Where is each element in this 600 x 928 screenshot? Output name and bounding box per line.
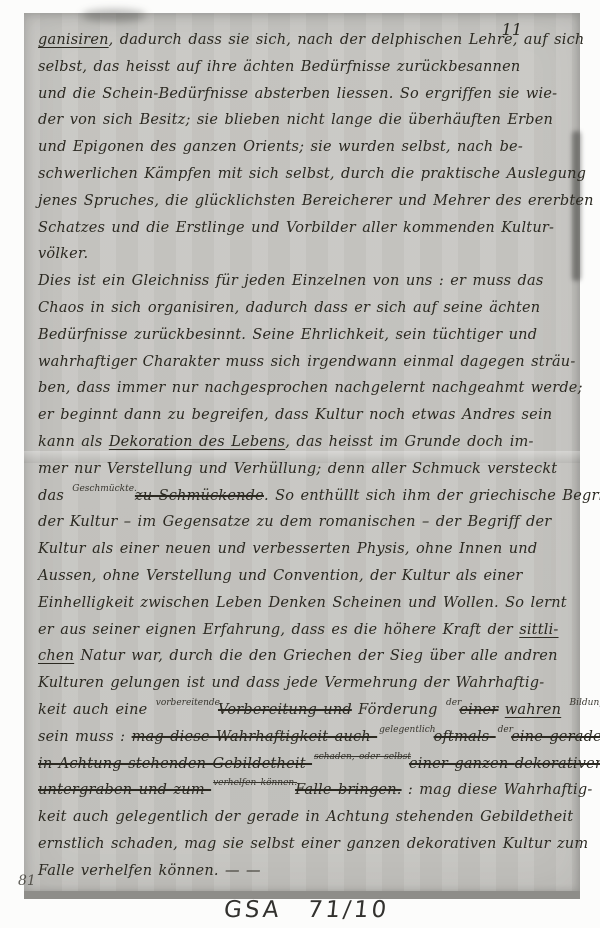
handwritten-text: : mag diese Wahrhaftig- <box>402 782 593 798</box>
manuscript-line: untergraben und zum verhelfen können.Fal… <box>38 777 570 804</box>
archive-shelfmark-label: GSA 71/10 <box>223 897 391 923</box>
handwritten-text: Bedürfnisse zurückbesinnt. Seine Ehrlich… <box>38 327 537 343</box>
manuscript-line: mer nur Verstellung und Verhüllung; denn… <box>38 456 570 483</box>
handwritten-text: keit auch gelegentlich der gerade in Ach… <box>38 809 573 825</box>
handwritten-text: Dekoration des Lebens <box>109 434 285 450</box>
manuscript-line: Kulturen gelungen ist und dass jede Verm… <box>38 670 570 697</box>
handwritten-text: oftmals <box>434 729 490 745</box>
manuscript-line: wahrhaftiger Charakter muss sich irgendw… <box>38 349 570 376</box>
interlinear-insertion: Geschmückte. <box>72 484 137 494</box>
handwritten-text: er aus seiner eignen Erfahrung, dass es … <box>38 622 519 638</box>
interlinear-insertion: gelegentlich <box>379 725 435 735</box>
manuscript-line: ernstlich schaden, mag sie selbst einer … <box>38 831 570 858</box>
interlinear-insertion: schaden, oder selbst <box>314 752 411 762</box>
handwritten-text: keit auch eine <box>38 702 154 718</box>
manuscript-scan-viewport: 11 ganisiren, dadurch dass sie sich, nac… <box>0 0 600 928</box>
handwritten-text: Falle bringen. <box>295 782 402 798</box>
manuscript-line: er aus seiner eignen Erfahrung, dass es … <box>38 617 570 644</box>
handwritten-text: völker. <box>38 246 88 262</box>
handwritten-text: Förderung <box>352 702 444 718</box>
handwritten-text: einer ganzen <box>409 756 515 772</box>
handwritten-text: er beginnt dann zu begreifen, dass Kultu… <box>38 407 552 423</box>
manuscript-line: selbst, das heisst auf ihre ächten Bedür… <box>38 54 570 81</box>
handwritten-text: gerade <box>543 729 600 745</box>
manuscript-line: Kultur als einer neuen und verbesserten … <box>38 536 570 563</box>
handwritten-text: der von sich Besitz; sie blieben nicht l… <box>38 112 553 128</box>
manuscript-line: und Epigonen des ganzen Orients; sie wur… <box>38 134 570 161</box>
manuscript-line: chen Natur war, durch die den Griechen d… <box>38 643 570 670</box>
handwritten-text: Falle verhelfen können. — — <box>38 863 261 879</box>
manuscript-line: sein muss : mag diese Wahrhaftigkeit auc… <box>38 724 570 751</box>
handwritten-text: Kulturen gelungen ist und dass jede Verm… <box>38 675 544 691</box>
manuscript-line: kann als Dekoration des Lebens, das heis… <box>38 429 570 456</box>
handwritten-text <box>561 702 567 718</box>
handwritten-text: der Kultur – im Gegensatze zu dem romani… <box>38 514 551 530</box>
manuscript-line: in Achtung stehenden Gebildetheit schade… <box>38 751 570 778</box>
handwritten-text: wahren <box>505 702 561 718</box>
handwritten-text: Vorbereitung und <box>218 702 352 718</box>
manuscript-line: Aussen, ohne Verstellung und Convention,… <box>38 563 570 590</box>
handwritten-text: chen <box>38 648 74 664</box>
handwritten-text: sein muss : <box>38 729 132 745</box>
manuscript-line: Dies ist ein Gleichniss für jeden Einzel… <box>38 268 570 295</box>
manuscript-line: der von sich Besitz; sie blieben nicht l… <box>38 107 570 134</box>
interlinear-insertion: verhelfen können. <box>213 778 297 788</box>
manuscript-line: das Geschmückte.zu Schmückende. So enthü… <box>38 483 570 510</box>
handwritten-text: Chaos in sich organisiren, dadurch dass … <box>38 300 540 316</box>
manuscript-line: schwerlichen Kämpfen mit sich selbst, du… <box>38 161 570 188</box>
manuscript-line: ben, dass immer nur nachgesprochen nachg… <box>38 375 570 402</box>
handwritten-text: ganisiren <box>38 32 109 48</box>
handwritten-text: selbst, das heisst auf ihre ächten Bedür… <box>38 59 520 75</box>
handwritten-text: in Achtung stehenden Gebildetheit <box>38 756 312 772</box>
handwritten-text: und Epigonen des ganzen Orients; sie wur… <box>38 139 523 155</box>
handwritten-text: zu Schmückende <box>135 488 264 504</box>
manuscript-line: jenes Spruches, die glücklichsten Bereic… <box>38 188 570 215</box>
handwritten-text: untergraben und zum <box>38 782 211 798</box>
manuscript-line: völker. <box>38 241 570 268</box>
handwritten-text: schwerlichen Kämpfen mit sich selbst, du… <box>38 166 586 182</box>
manuscript-line: und die Schein-Bedürfnisse absterben lie… <box>38 81 570 108</box>
manuscript-text: ganisiren, dadurch dass sie sich, nach d… <box>38 27 570 885</box>
manuscript-line: Schatzes und die Erstlinge und Vorbilder… <box>38 215 570 242</box>
interlinear-insertion: der <box>446 698 461 708</box>
handwritten-text: Aussen, ohne Verstellung und Convention,… <box>38 568 523 584</box>
handwritten-text: Einhelligkeit zwischen Leben Denken Sche… <box>38 595 567 611</box>
handwritten-text: wahrhaftiger Charakter muss sich irgendw… <box>38 354 575 370</box>
manuscript-line: Bedürfnisse zurückbesinnt. Seine Ehrlich… <box>38 322 570 349</box>
scan-smudge-top <box>82 9 146 22</box>
interlinear-insertion: vorbereitende <box>156 698 220 708</box>
handwritten-text: , dadurch dass sie sich, nach der delphi… <box>109 32 585 48</box>
handwritten-text: Kultur als einer neuen und verbesserten … <box>38 541 537 557</box>
handwritten-text: . So enthüllt sich ihm der griechische B… <box>264 488 600 504</box>
handwritten-text: das <box>38 488 70 504</box>
handwritten-text: , das heisst im Grunde doch im- <box>285 434 533 450</box>
page-number-bottom: 81 <box>18 873 36 889</box>
manuscript-line: er beginnt dann zu begreifen, dass Kultu… <box>38 402 570 429</box>
manuscript-line: keit auch gelegentlich der gerade in Ach… <box>38 804 570 831</box>
manuscript-line: ganisiren, dadurch dass sie sich, nach d… <box>38 27 570 54</box>
manuscript-line: Einhelligkeit zwischen Leben Denken Sche… <box>38 590 570 617</box>
handwritten-text: Natur war, durch die den Griechen der Si… <box>74 648 557 664</box>
manuscript-page: 11 ganisiren, dadurch dass sie sich, nac… <box>24 13 580 899</box>
interlinear-insertion: der <box>498 725 513 735</box>
handwritten-text: jenes Spruches, die glücklichsten Bereic… <box>38 193 594 209</box>
handwritten-text: dekorativen Kultur <box>515 756 600 772</box>
manuscript-line: der Kultur – im Gegensatze zu dem romani… <box>38 509 570 536</box>
handwritten-text: Dies ist ein Gleichniss für jeden Einzel… <box>38 273 544 289</box>
handwritten-text: mer nur Verstellung und Verhüllung; denn… <box>38 461 557 477</box>
handwritten-text: sittli- <box>519 622 558 638</box>
handwritten-text: und die Schein-Bedürfnisse absterben lie… <box>38 86 557 102</box>
manuscript-line: Falle verhelfen können. — — <box>38 858 570 885</box>
handwritten-text: Schatzes und die Erstlinge und Vorbilder… <box>38 220 554 236</box>
handwritten-text: ernstlich schaden, mag sie selbst einer … <box>38 836 588 852</box>
handwritten-text <box>489 729 495 745</box>
handwritten-text: einer <box>459 702 498 718</box>
manuscript-line: Chaos in sich organisiren, dadurch dass … <box>38 295 570 322</box>
handwritten-text: mag diese Wahrhaftigkeit auch <box>132 729 378 745</box>
handwritten-text: eine <box>511 729 543 745</box>
manuscript-line: keit auch eine vorbereitendeVorbereitung… <box>38 697 570 724</box>
interlinear-insertion: Bildung <box>570 698 600 708</box>
handwritten-text: kann als <box>38 434 109 450</box>
handwritten-text: ben, dass immer nur nachgesprochen nachg… <box>38 380 583 396</box>
